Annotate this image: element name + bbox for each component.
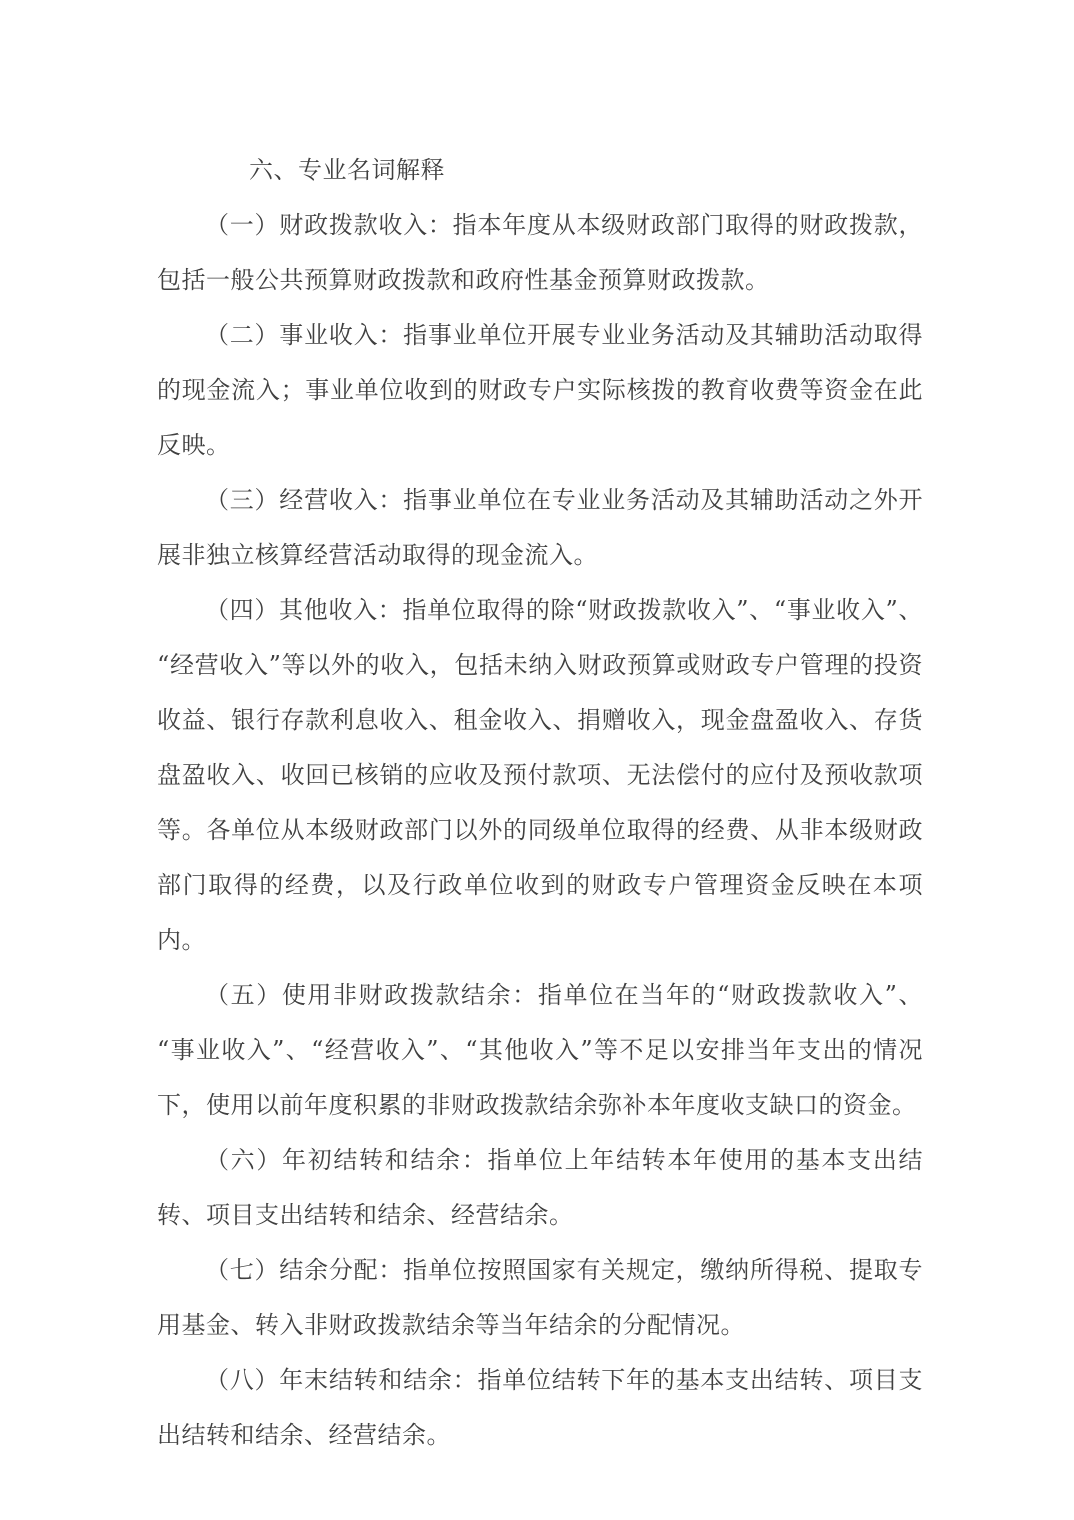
paragraph-other-income: （四）其他收入：指单位取得的除“财政拨款收入”、“事业收入”、“经营收入”等以外… xyxy=(157,583,923,968)
section-heading: 六、专业名词解释 xyxy=(157,143,923,198)
paragraph-business-income: （二）事业收入：指事业单位开展专业业务活动及其辅助活动取得的现金流入；事业单位收… xyxy=(157,308,923,473)
paragraph-year-end-carryover: （八）年末结转和结余：指单位结转下年的基本支出结转、项目支出结转和结余、经营结余… xyxy=(157,1353,923,1463)
paragraph-use-of-non-fiscal-surplus: （五）使用非财政拨款结余：指单位在当年的“财政拨款收入”、“事业收入”、“经营收… xyxy=(157,968,923,1133)
paragraph-surplus-distribution: （七）结余分配：指单位按照国家有关规定，缴纳所得税、提取专用基金、转入非财政拨款… xyxy=(157,1243,923,1353)
paragraph-operating-income: （三）经营收入：指事业单位在专业业务活动及其辅助活动之外开展非独立核算经营活动取… xyxy=(157,473,923,583)
document-page: 六、专业名词解释 （一）财政拨款收入：指本年度从本级财政部门取得的财政拨款，包括… xyxy=(0,0,1074,1520)
paragraph-beginning-year-carryover: （六）年初结转和结余：指单位上年结转本年使用的基本支出结转、项目支出结转和结余、… xyxy=(157,1133,923,1243)
paragraph-fiscal-appropriation-income: （一）财政拨款收入：指本年度从本级财政部门取得的财政拨款，包括一般公共预算财政拨… xyxy=(157,198,923,308)
